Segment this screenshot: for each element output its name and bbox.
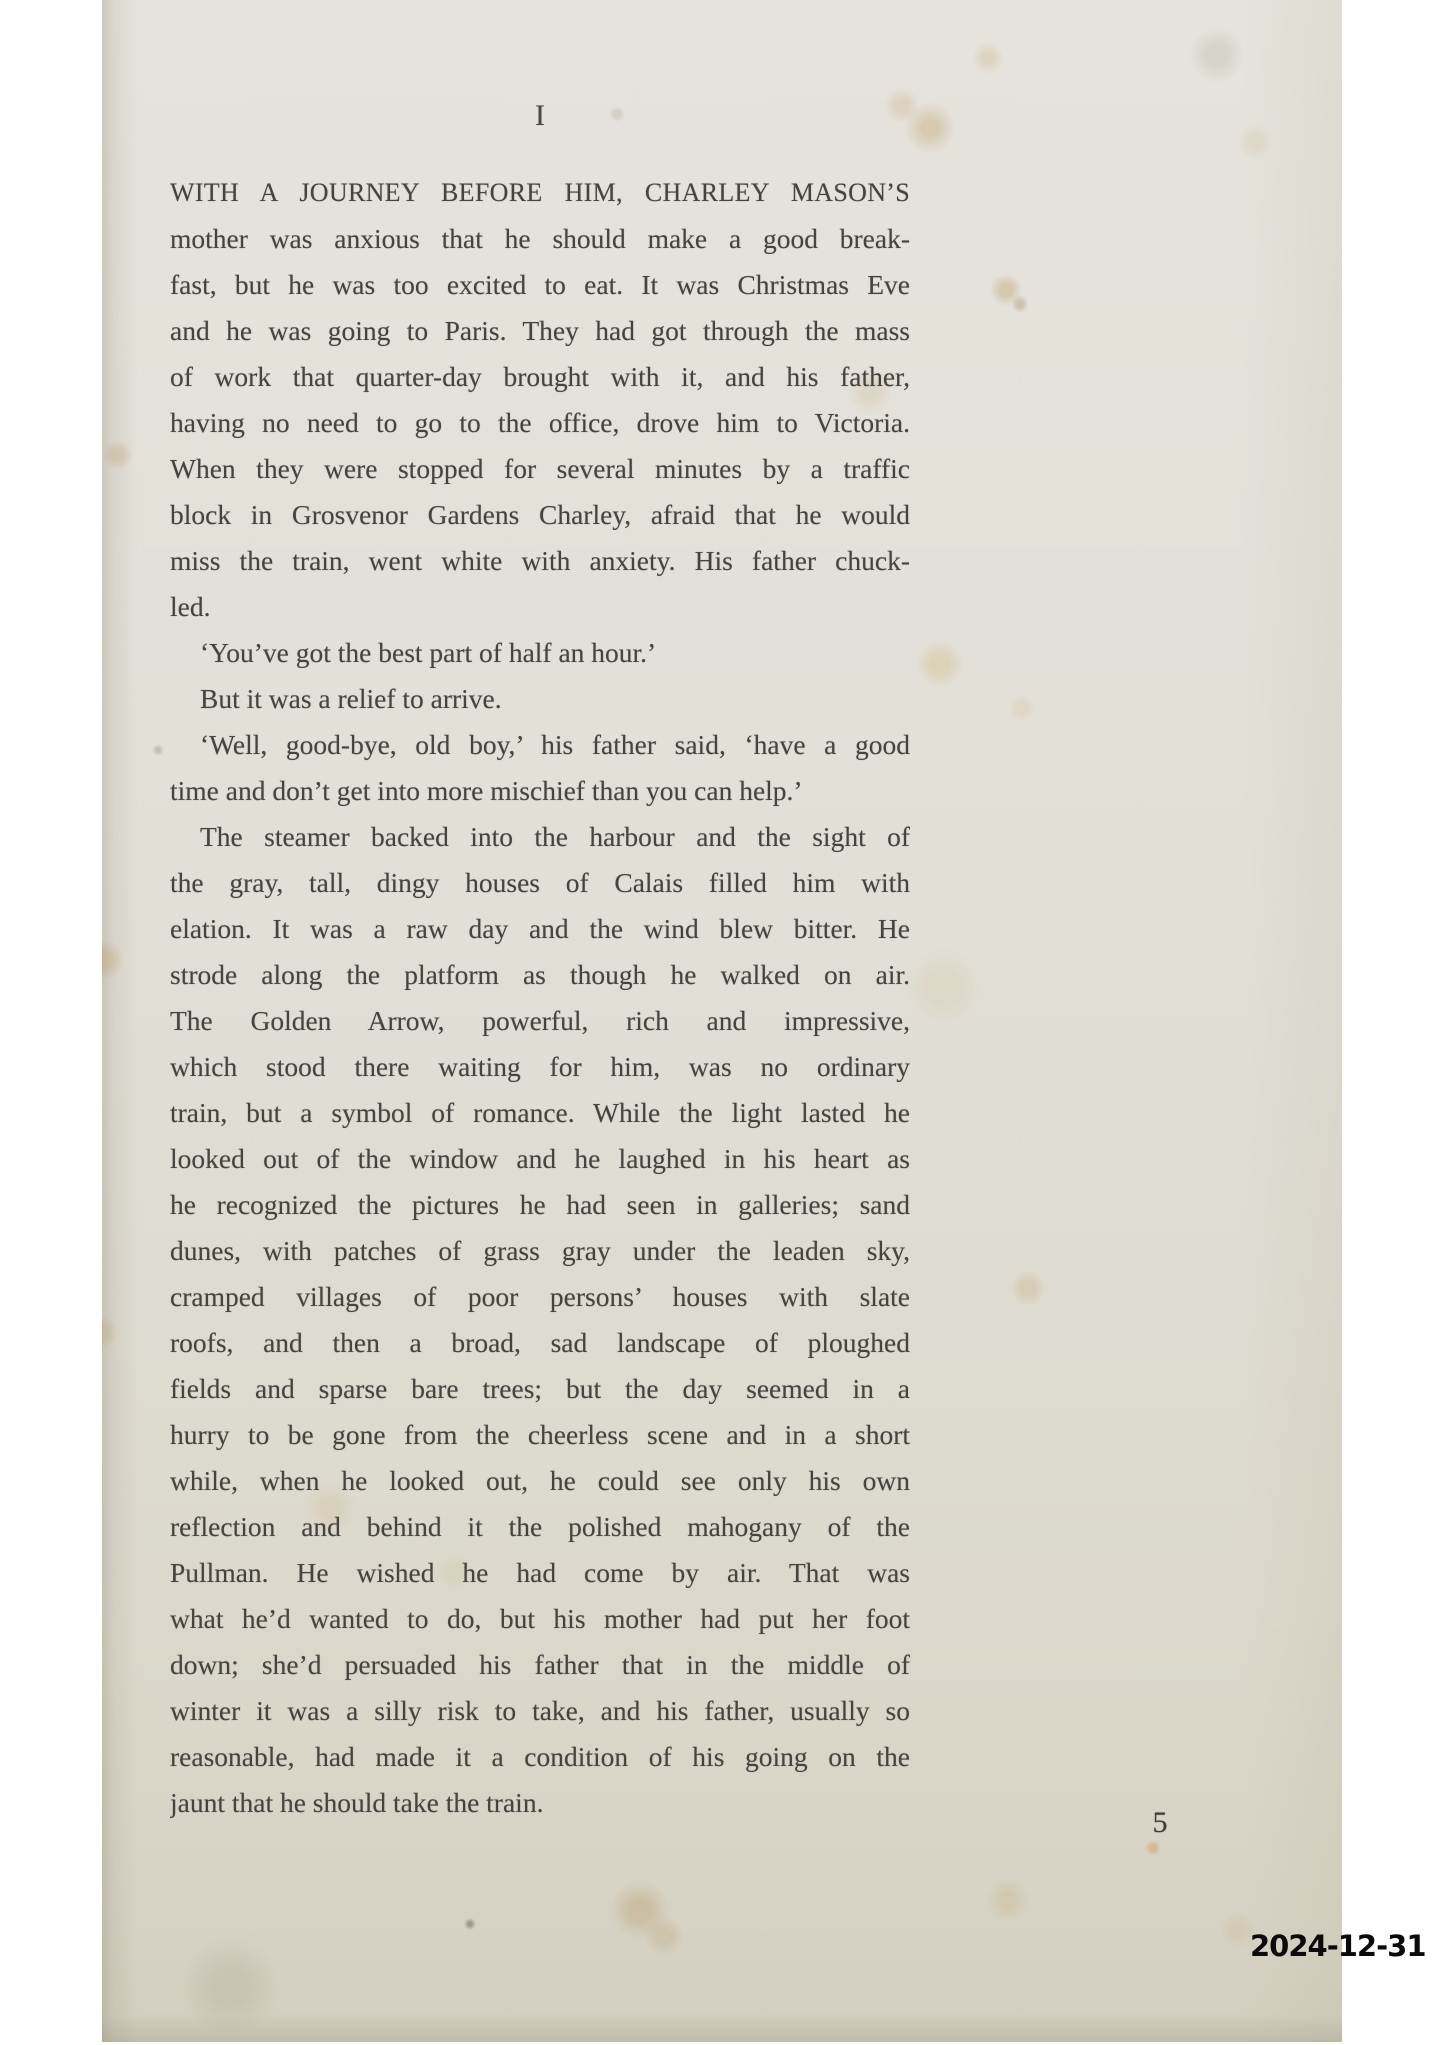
text-line: strode along the platform as though he w… bbox=[170, 952, 910, 998]
text-line: fast, but he was too excited to eat. It … bbox=[170, 262, 910, 308]
body-text-column: WITH A JOURNEY BEFORE HIM, CHARLEY MASON… bbox=[170, 170, 910, 1826]
text-line: which stood there waiting for him, was n… bbox=[170, 1044, 910, 1090]
text-line: while, when he looked out, he could see … bbox=[170, 1458, 910, 1504]
text-line: reasonable, had made it a condition of h… bbox=[170, 1734, 910, 1780]
text-line: down; she’d persuaded his father that in… bbox=[170, 1642, 910, 1688]
page-number: 5 bbox=[1130, 1804, 1190, 1842]
text-line: The steamer backed into the harbour and … bbox=[170, 814, 910, 860]
text-line: led. bbox=[170, 584, 910, 630]
date-stamp: 2024-12-31 bbox=[1250, 1928, 1426, 1964]
text-line: train, but a symbol of romance. While th… bbox=[170, 1090, 910, 1136]
text-line: looked out of the window and he laughed … bbox=[170, 1136, 910, 1182]
text-line: ‘Well, good-bye, old boy,’ his father sa… bbox=[170, 722, 910, 768]
text-line: having no need to go to the office, drov… bbox=[170, 400, 910, 446]
text-line: block in Grosvenor Gardens Charley, afra… bbox=[170, 492, 910, 538]
text-line: Pullman. He wished he had come by air. T… bbox=[170, 1550, 910, 1596]
text-line: of work that quarter-day brought with it… bbox=[170, 354, 910, 400]
text-line: ‘You’ve got the best part of half an hou… bbox=[170, 630, 910, 676]
text-line: When they were stopped for several minut… bbox=[170, 446, 910, 492]
text-line: elation. It was a raw day and the wind b… bbox=[170, 906, 910, 952]
text-line: what he’d wanted to do, but his mother h… bbox=[170, 1596, 910, 1642]
text-line: The Golden Arrow, powerful, rich and imp… bbox=[170, 998, 910, 1044]
text-line: miss the train, went white with anxiety.… bbox=[170, 538, 910, 584]
book-page-photo: I WITH A JOURNEY BEFORE HIM, CHARLEY MAS… bbox=[102, 0, 1342, 2042]
text-line: cramped villages of poor persons’ houses… bbox=[170, 1274, 910, 1320]
text-line: winter it was a silly risk to take, and … bbox=[170, 1688, 910, 1734]
text-line: reflection and behind it the polished ma… bbox=[170, 1504, 910, 1550]
text-line: time and don’t get into more mischief th… bbox=[170, 768, 910, 814]
text-line: WITH A JOURNEY BEFORE HIM, CHARLEY MASON… bbox=[170, 170, 910, 216]
text-line: fields and sparse bare trees; but the da… bbox=[170, 1366, 910, 1412]
text-line: hurry to be gone from the cheerless scen… bbox=[170, 1412, 910, 1458]
text-line: he recognized the pictures he had seen i… bbox=[170, 1182, 910, 1228]
text-line: the gray, tall, dingy houses of Calais f… bbox=[170, 860, 910, 906]
text-line: and he was going to Paris. They had got … bbox=[170, 308, 910, 354]
text-line: jaunt that he should take the train. bbox=[170, 1780, 910, 1826]
text-line: mother was anxious that he should make a… bbox=[170, 216, 910, 262]
text-line: dunes, with patches of grass gray under … bbox=[170, 1228, 910, 1274]
text-line: But it was a relief to arrive. bbox=[170, 676, 910, 722]
text-line: roofs, and then a broad, sad landscape o… bbox=[170, 1320, 910, 1366]
chapter-heading: I bbox=[170, 96, 910, 136]
